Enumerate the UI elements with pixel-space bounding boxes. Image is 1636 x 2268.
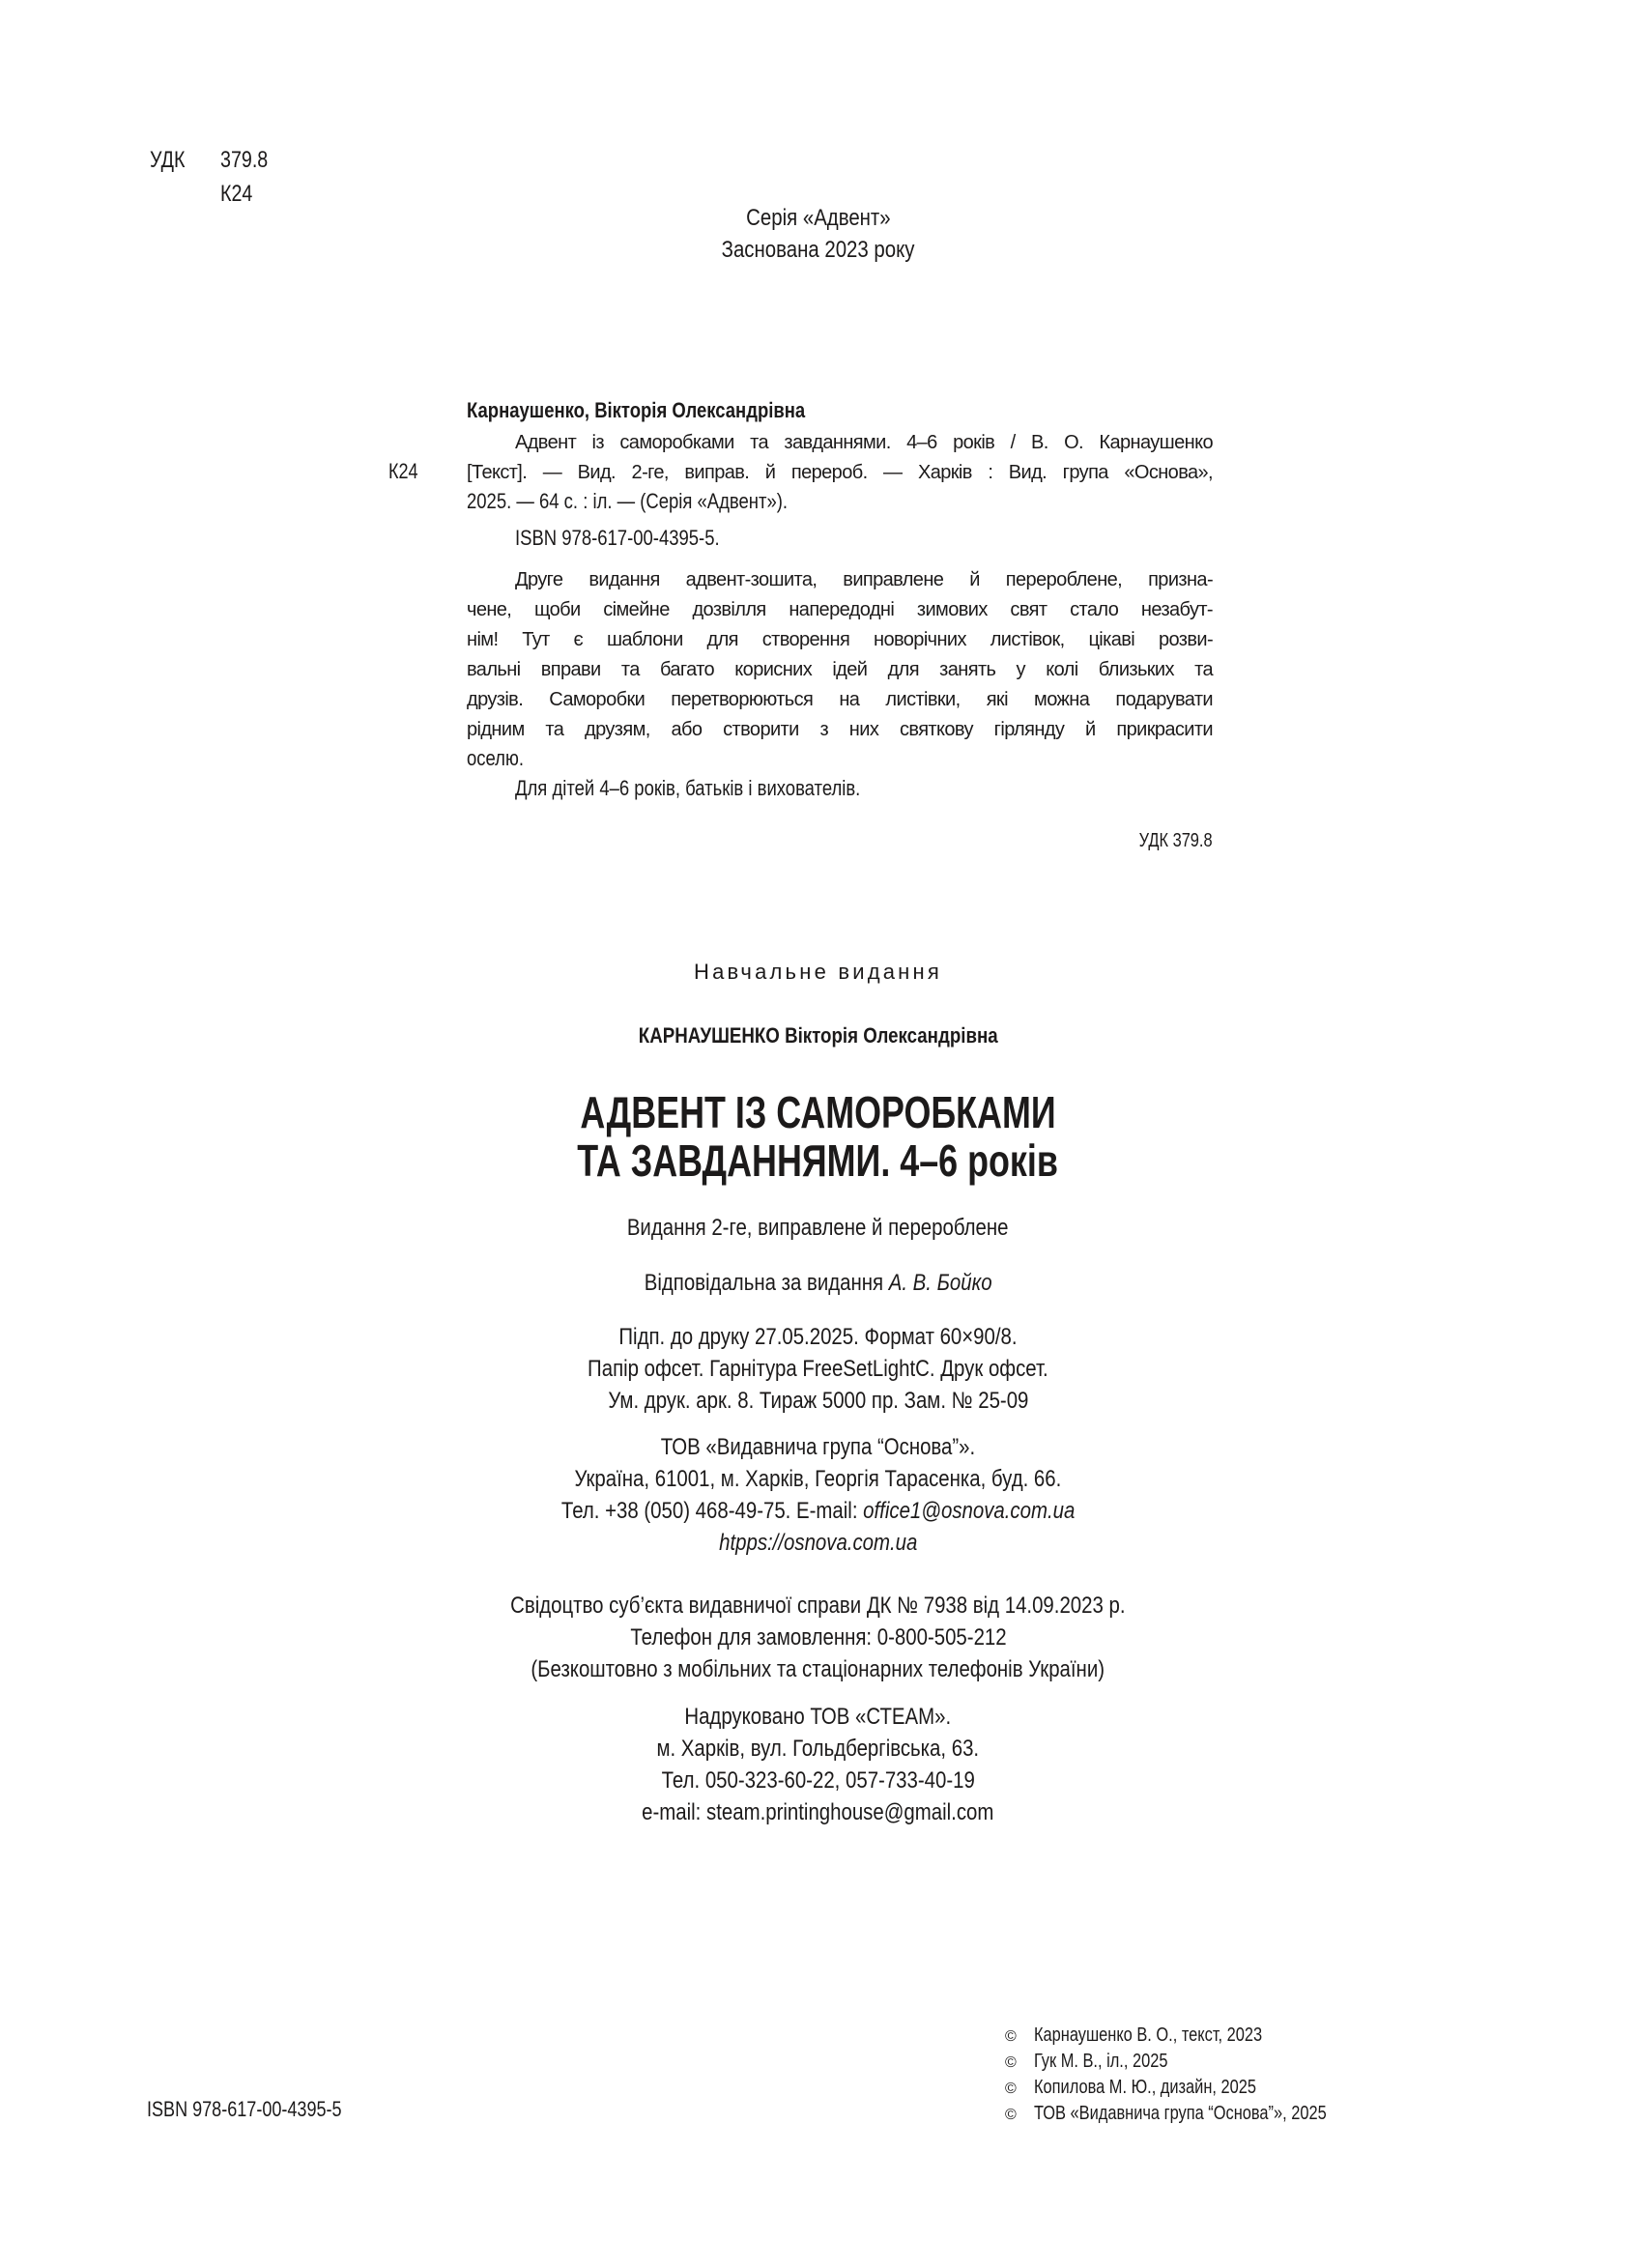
card-audience: Для дітей 4–6 років, батьків і виховател… bbox=[515, 778, 1213, 799]
card-author: Карнаушенко, Вікторія Олександрівна bbox=[467, 400, 870, 421]
series-name: Серія «Адвент» bbox=[0, 207, 1636, 230]
publisher-contacts: Тел. +38 (050) 468-49-75. E-mail: office… bbox=[0, 1500, 1636, 1523]
edition-note: Видання 2-ге, виправлене й перероблене bbox=[0, 1217, 1636, 1240]
card-bibliographic-line: Адвент із саморобками та завданнями. 4–6… bbox=[515, 431, 1213, 453]
certificate-line: (Безкоштовно з мобільних та стаціонарних… bbox=[0, 1658, 1636, 1681]
publisher-email[interactable]: office1@osnova.com.ua bbox=[863, 1498, 1075, 1524]
copyright-line: ©ТОВ «Видавнича група “Основа”», 2025 bbox=[1005, 2104, 1391, 2125]
imprint-author: КАРНАУШЕНКО Вікторія Олександрівна bbox=[0, 1025, 1636, 1047]
copyright-icon: © bbox=[1005, 2080, 1034, 2099]
card-annotation-line: чене, щоби сімейне дозвілля напередодні … bbox=[467, 598, 1213, 620]
certificate-line: Телефон для замовлення: 0-800-505-212 bbox=[0, 1626, 1636, 1650]
card-bibliographic-line: 2025. — 64 с. : іл. — (Серія «Адвент»). bbox=[467, 491, 1213, 512]
copyright-icon: © bbox=[1005, 2106, 1034, 2125]
card-annotation-line: нім! Тут є шаблони для створення новоріч… bbox=[467, 628, 1213, 650]
book-imprint-page: УДК 379.8 К24 Серія «Адвент» Заснована 2… bbox=[0, 0, 1636, 2268]
copyright-icon: © bbox=[1005, 2053, 1034, 2073]
print-detail-line: Папір офсет. Гарнітура FreeSetLightC. Др… bbox=[0, 1358, 1636, 1381]
responsible-label: Відповідальна за видання bbox=[645, 1270, 883, 1296]
author-surname: КАРНАУШЕНКО bbox=[639, 1023, 780, 1048]
publisher-address: Україна, 61001, м. Харків, Георгія Тарас… bbox=[0, 1468, 1636, 1491]
author-name: Вікторія Олександрівна bbox=[785, 1023, 998, 1048]
print-detail-line: Підп. до друку 27.05.2025. Формат 60×90/… bbox=[0, 1326, 1636, 1349]
copyright-line: ©Копилова М. Ю., дизайн, 2025 bbox=[1005, 2078, 1305, 2099]
publisher-website-line: htpps://osnova.com.ua bbox=[0, 1532, 1636, 1555]
print-detail-line: Ум. друк. арк. 8. Тираж 5000 пр. Зам. № … bbox=[0, 1390, 1636, 1413]
card-udc: УДК 379.8 bbox=[1116, 831, 1213, 850]
card-annotation-line: рідним та друзям, або створити з них свя… bbox=[467, 718, 1213, 740]
card-author-sign: К24 bbox=[388, 461, 424, 482]
book-title-line-2: ТА ЗАВДАННЯМИ. 4–6 років bbox=[0, 1138, 1636, 1183]
card-annotation-line: вальні вправи та багато корисних ідей дл… bbox=[467, 658, 1213, 680]
publisher-website[interactable]: htpps://osnova.com.ua bbox=[719, 1530, 917, 1556]
responsible-name: А. В. Бойко bbox=[889, 1270, 992, 1296]
book-title-line-1: АДВЕНТ ІЗ САМОРОБКАМИ bbox=[0, 1090, 1636, 1134]
printer-line: Тел. 050-323-60-22, 057-733-40-19 bbox=[0, 1769, 1636, 1793]
footer-isbn: ISBN 978-617-00-4395-5 bbox=[147, 2099, 385, 2120]
copyright-line: ©Карнаушенко В. О., текст, 2023 bbox=[1005, 2025, 1312, 2047]
udc-code: 379.8 bbox=[220, 149, 278, 172]
series-founded: Заснована 2023 року bbox=[0, 239, 1636, 262]
responsible-editor: Відповідальна за видання А. В. Бойко bbox=[0, 1272, 1636, 1295]
certificate-line: Свідоцтво суб’єкта видавничої справи ДК … bbox=[0, 1594, 1636, 1618]
printer-line: e-mail: steam.printinghouse@gmail.com bbox=[0, 1801, 1636, 1824]
publisher-name: ТОВ «Видавнича група “Основа”». bbox=[0, 1436, 1636, 1459]
author-sign: К24 bbox=[220, 183, 260, 206]
copyright-icon: © bbox=[1005, 2027, 1034, 2047]
printer-line: Надруковано ТОВ «СТЕАМ». bbox=[0, 1706, 1636, 1729]
copyright-line: ©Гук М. В., іл., 2025 bbox=[1005, 2052, 1197, 2073]
card-annotation-line: Друге видання адвент-зошита, виправлене … bbox=[515, 568, 1213, 590]
card-annotation-line: друзів. Саморобки перетворюються на лист… bbox=[467, 688, 1213, 710]
printer-line: м. Харків, вул. Гольдбергівська, 63. bbox=[0, 1737, 1636, 1761]
edition-type: Навчальне видання bbox=[0, 962, 1636, 983]
udc-label: УДК bbox=[150, 149, 192, 172]
card-isbn: ISBN 978-617-00-4395-5. bbox=[515, 528, 1213, 549]
card-annotation-line: оселю. bbox=[467, 748, 1213, 769]
card-bibliographic-line: [Текст]. — Вид. 2-ге, виправ. й перероб.… bbox=[467, 461, 1213, 483]
